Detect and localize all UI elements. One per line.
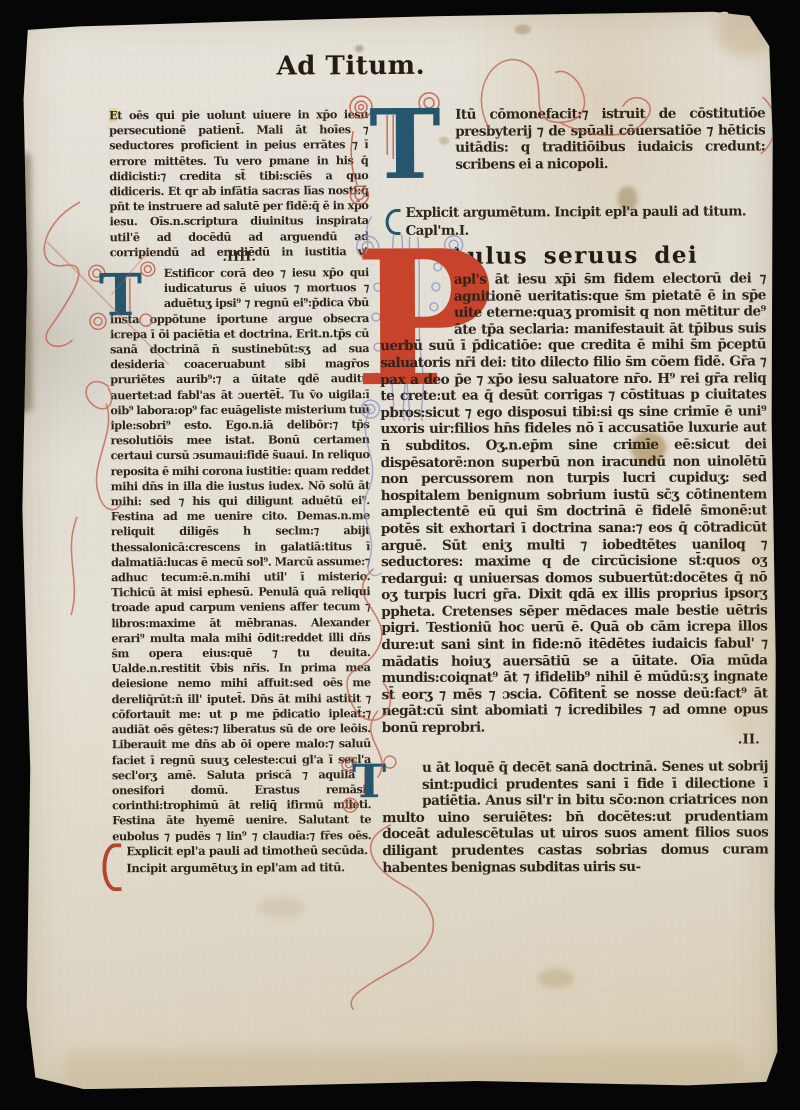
- stain: [538, 968, 574, 988]
- stain: [515, 24, 531, 34]
- dropcap-t-titum: T: [347, 91, 448, 211]
- left-explicit-block: Explicit epl'a pauli ad timotheū secūda.…: [126, 842, 378, 877]
- paragraph-text: u āt loquē q̄ decēt sanā doctrinā. Senes…: [382, 758, 768, 875]
- dropcap-t-testificor: T: [86, 258, 160, 338]
- initial-letter: T: [99, 260, 142, 330]
- manuscript-leaf: Ad Titum. Et oēs qui pie uolunt uiuere i…: [19, 9, 779, 1092]
- running-title: Ad Titum.: [231, 51, 471, 82]
- explicit-line: Explicit epl'a pauli ad timotheū secūda.: [126, 842, 378, 860]
- dropcap-t-tu: T: [340, 753, 400, 815]
- paragraph-mark-icon: [102, 843, 121, 891]
- left-column-paragraph-1: Et oēs qui pie uolunt uiuere in xp̄o ies…: [109, 107, 369, 260]
- left-column-paragraph-2: Estificor corā deo ⁊ iesu xp̄o qui iudic…: [110, 265, 372, 842]
- stain: [258, 896, 306, 918]
- paragraph-text: Estificor corā deo ⁊ iesu xp̄o qui iudic…: [110, 265, 371, 842]
- right-column-paragraph-2: apl's āt iesu xp̄i s̄m fidem electorū de…: [380, 270, 768, 746]
- photo-backdrop: { "meta": { "description": "Incunabula l…: [0, 0, 800, 1110]
- dropcap-spacer: [380, 272, 454, 324]
- paragraph-text: Itū cōmonefacit:⁊ istruit de cōstitutiōe…: [455, 105, 765, 172]
- incipit-line: Incipit argumētuʒ in epl'am ad titū.: [126, 859, 378, 877]
- stain: [17, 153, 32, 413]
- paragraph-text: apl's āt iesu xp̄i s̄m fidem electorū de…: [380, 270, 768, 736]
- initial-letter: T: [352, 754, 386, 808]
- right-chapter-number: .II.: [662, 731, 760, 747]
- stain: [63, 1048, 743, 1083]
- incipit-heading: Aulus seruus dei: [448, 241, 764, 269]
- initial-letter: T: [369, 91, 441, 199]
- right-column-paragraph-3: u āt loquē q̄ decēt sanā doctrinā. Senes…: [382, 758, 769, 902]
